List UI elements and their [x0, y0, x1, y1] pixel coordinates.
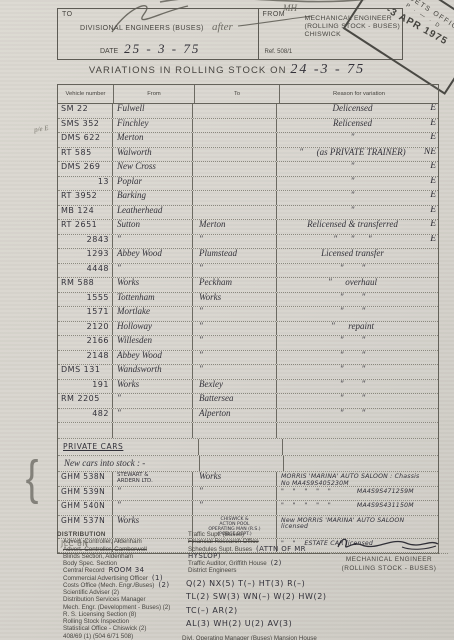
distribution-item-text: Mech. Engr. (Development - Buses) (2): [63, 604, 170, 611]
vehicle-cell: MB 124: [58, 206, 113, 220]
status-mark: E: [430, 191, 436, 201]
from-cell: ": [113, 487, 193, 501]
district-codes-line: Q(2) NX(5) T(–) HT(3) R(–): [186, 580, 332, 594]
reason-cell: "E: [277, 191, 438, 205]
table-row: RT 3952Barking"E: [58, 191, 438, 206]
handwritten-note: (2): [158, 581, 169, 589]
distribution-item: Distribution Services Manager: [63, 596, 179, 603]
reason-cell: MORRIS 'MARINA' AUTO SALOON : Chassis No…: [277, 472, 438, 486]
table-row: SMS 352FinchleyRelicensedE: [58, 119, 438, 134]
table-body: SM 22FulwellDelicensedESMS 352FinchleyRe…: [58, 104, 438, 553]
distribution-item: Traffic Auditor, Griffith House(2): [188, 560, 332, 567]
reason-cell: " ": [277, 394, 438, 408]
table-row: MB 124Leatherhead"E: [58, 206, 438, 221]
vehicle-cell: GHM 538N: [58, 472, 113, 486]
page-title: VARIATIONS IN ROLLING STOCK ON 24 -3 - 7…: [0, 62, 454, 78]
reason-cell: Licensed transfer: [277, 249, 438, 263]
status-mark: E: [430, 119, 436, 129]
reason-cell: " overhaul: [277, 278, 438, 292]
table-row: 2148Abbey Wood"" ": [58, 351, 438, 366]
date-line: DATE25 - 3 - 75: [100, 41, 200, 57]
distribution-item: Statistical Office - Chiswick (2): [63, 625, 179, 632]
to-cell: Merton: [193, 220, 277, 234]
from-cell: Fulwell: [113, 104, 193, 118]
distribution-item: District Engineers: [188, 567, 332, 574]
from-label: FROM: [263, 11, 286, 18]
distribution-item-text: 408/69 (1) (504 6/71 508): [63, 633, 133, 640]
distribution-item-text: Financial Research Office: [188, 538, 259, 545]
vehicle-cell: SMS 352: [58, 119, 113, 133]
from-cell: Finchley: [113, 119, 193, 133]
from-cell: Sutton: [113, 220, 193, 234]
reason-cell: [277, 423, 438, 438]
from-cell: ": [113, 501, 193, 515]
to-cell: [193, 162, 277, 176]
to-cell: ": [193, 322, 277, 336]
distribution-item: 408/69 (1) (504 6/71 508): [63, 633, 179, 640]
table-row: 191WorksBexley" ": [58, 380, 438, 395]
vehicle-cell: RT 3952: [58, 191, 113, 205]
to-cell: ": [193, 307, 277, 321]
distribution-item-text: District Engineers: [188, 567, 237, 574]
table-row: GHM 538NSTEWART & ARDERN LTD.WorksMORRIS…: [58, 472, 438, 487]
from-cell: Abbey Wood: [113, 351, 193, 365]
margin-brace: {: [26, 451, 39, 506]
reason-cell: "E: [277, 133, 438, 147]
reason-cell: " " " " " MA4S9S471259M: [277, 487, 438, 501]
vehicle-cell: RT 585: [58, 148, 113, 162]
table-row: 2166Willesden"" ": [58, 336, 438, 351]
from-cell: STEWART & ARDERN LTD.: [113, 472, 193, 486]
reason-cell: Relicensed & transferredE: [277, 220, 438, 234]
from-cell: Works: [113, 380, 193, 394]
distribution-item-text: Advert. Controller, Aldenham: [63, 538, 142, 545]
reason-cell: " ": [277, 409, 438, 423]
signature-block: MECHANICAL ENGINEER (ROLLING STOCK - BUS…: [330, 533, 448, 573]
header-to-cell: TO DIVISIONAL ENGINEERS (BUSES) DATE25 -…: [58, 9, 259, 59]
from-cell: New Cross: [113, 162, 193, 176]
vehicle-cell: RM 588: [58, 278, 113, 292]
reason-cell: " ": [277, 336, 438, 350]
table-row: 1555TottenhamWorks" ": [58, 293, 438, 308]
distribution-item: R. S. Licensing Section (8): [63, 611, 179, 618]
reason-cell: [283, 439, 438, 455]
reason-cell: DelicensedE: [277, 104, 438, 118]
ref-label: Ref. 508/1: [265, 49, 293, 55]
table-header-row: Vehicle number From To Reason for variat…: [58, 85, 438, 104]
vehicle-cell: SM 22: [58, 104, 113, 118]
to-label: TO: [62, 11, 73, 18]
blank-row: [58, 423, 438, 439]
column-header-from: From: [114, 85, 195, 103]
from-cell: ": [113, 235, 193, 249]
to-cell: ": [193, 501, 277, 515]
reason-cell: " " "E: [277, 235, 438, 249]
reason-cell: " ": [277, 365, 438, 379]
distribution-item: Schedules Supt. Buses(ATTN OF MR HYSLOP): [188, 546, 332, 561]
to-cell: ": [193, 365, 277, 379]
to-cell: [193, 133, 277, 147]
from-cell: Mortlake: [113, 307, 193, 321]
distribution-item-text: Rolling Stock Inspection: [63, 618, 129, 625]
to-cell: [193, 104, 277, 118]
distribution-item-text: Advert. Controller, Camberwell: [63, 546, 147, 553]
distribution-item: Costs Office (Mech. Engr./Buses)(2): [63, 582, 179, 589]
table-row: DMS 131Wandsworth"" ": [58, 365, 438, 380]
vehicle-cell: RM 2205: [58, 394, 113, 408]
district-codes-line: AL(3) WH(2) U(2) AV(3): [186, 620, 332, 634]
to-cell: [193, 423, 277, 438]
distribution-item: Advert. Controller, Aldenham: [63, 538, 179, 545]
vehicle-cell: 482: [58, 409, 113, 423]
status-mark: E: [430, 206, 436, 216]
table-row: RT 585Walworth" (as PRIVATE TRAINER)NE: [58, 148, 438, 163]
table-row: DMS 622Merton"E: [58, 133, 438, 148]
table-row: GHM 540N""" " " " " MA4S9S431150M: [58, 501, 438, 516]
from-cell: Willesden: [113, 336, 193, 350]
distribution-title: DISTRIBUTION: [57, 531, 179, 538]
from-cell: Abbey Wood: [113, 249, 193, 263]
table-row: RM 588WorksPeckham" overhaul: [58, 278, 438, 293]
table-row: SM 22FulwellDelicensedE: [58, 104, 438, 119]
to-cell: ": [193, 264, 277, 278]
vehicle-cell: GHM 540N: [58, 501, 113, 515]
vehicle-cell: 2843: [58, 235, 113, 249]
from-cell: Wandsworth: [113, 365, 193, 379]
handwritten-note: (2): [271, 559, 282, 567]
status-mark: E: [430, 235, 436, 245]
table-row: 1293Abbey WoodPlumsteadLicensed transfer: [58, 249, 438, 264]
distribution-item-text: Statistical Office - Chiswick (2): [63, 625, 146, 632]
distribution-item-text: Distribution Services Manager: [63, 596, 146, 603]
handwritten-note: ROOM 34: [109, 566, 145, 574]
to-cell: [193, 191, 277, 205]
reason-cell: " ": [277, 264, 438, 278]
distribution-item: Blinds Section, Aldenham: [63, 553, 179, 560]
table-row: 2843""" " "E: [58, 235, 438, 250]
from-cell: ": [113, 394, 193, 408]
to-cell: [193, 119, 277, 133]
reason-cell: " ": [277, 351, 438, 365]
to-cell: [193, 206, 277, 220]
distribution-item: Traffic Supt. (Buses): [188, 531, 332, 538]
vehicle-cell: DMS 622: [58, 133, 113, 147]
column-header-to: To: [195, 85, 280, 103]
to-cell: Battersea: [193, 394, 277, 408]
distribution-item-text: Scientific Adviser (2): [63, 589, 119, 596]
vehicle-cell: 1571: [58, 307, 113, 321]
column-header-reason: Reason for variation: [280, 85, 438, 103]
to-cell: ": [193, 487, 277, 501]
rolling-stock-table: Vehicle number From To Reason for variat…: [57, 84, 439, 554]
distribution-item-text: Traffic Auditor, Griffith House: [188, 560, 267, 567]
distribution-list: DISTRIBUTION Advert. Controller, Aldenha…: [57, 531, 179, 640]
table-row: GHM 539N""" " " " " MA4S9S471259M: [58, 487, 438, 502]
from-cell: ": [113, 409, 193, 423]
divl-operating-manager-line: Divl. Operating Manager (Buses) Mansion …: [182, 635, 332, 640]
to-cell: Peckham: [193, 278, 277, 292]
reason-cell: " ": [277, 380, 438, 394]
distribution-item: Scientific Adviser (2): [63, 589, 179, 596]
table-row: 13Poplar"E: [58, 177, 438, 192]
signature-subtitle: (ROLLING STOCK - BUSES): [330, 565, 448, 572]
status-mark: NE: [424, 148, 436, 158]
district-codes-line: TL(2) SW(3) WN(–) W(2) HW(2): [186, 593, 332, 607]
new-cars-note: New cars into stock : -: [58, 456, 200, 471]
reason-cell: " " " " " MA4S9S431150M: [277, 501, 438, 515]
to-cell: [193, 148, 277, 162]
vehicle-cell: 4448: [58, 264, 113, 278]
table-row: RT 2651SuttonMertonRelicensed & transfer…: [58, 220, 438, 235]
distribution-item-text: Commercial Advertising Officer: [63, 575, 148, 582]
table-row: 482"Alperton" ": [58, 409, 438, 424]
to-cell: Works: [193, 293, 277, 307]
private-cars-heading-row: PRIVATE CARS: [58, 439, 438, 456]
distribution-list-middle: Traffic Supt. (Buses)Financial Research …: [182, 531, 332, 640]
vehicle-cell: DMS 269: [58, 162, 113, 176]
to-cell: Alperton: [193, 409, 277, 423]
from-cell: Holloway: [113, 322, 193, 336]
reason-cell: "E: [277, 177, 438, 191]
vehicle-cell: 2148: [58, 351, 113, 365]
reason-cell: " ": [277, 307, 438, 321]
to-cell: Plumstead: [193, 249, 277, 263]
from-cell: [113, 423, 193, 438]
vehicle-cell: DMS 131: [58, 365, 113, 379]
to-cell: ": [193, 336, 277, 350]
signature-icon: [332, 533, 444, 553]
to-cell: Works: [193, 472, 277, 486]
distribution-item-text: Blinds Section, Aldenham: [63, 553, 133, 560]
from-cell: Merton: [113, 133, 193, 147]
distribution-item-text: Costs Office (Mech. Engr./Buses): [63, 582, 154, 589]
signature: [330, 533, 448, 554]
distribution-item: Advert. Controller, Camberwell: [63, 546, 179, 553]
distribution-item-text: Traffic Supt. (Buses): [188, 531, 244, 538]
to-value: DIVISIONAL ENGINEERS (BUSES): [80, 25, 204, 32]
vehicle-cell: 13: [58, 177, 113, 191]
from-cell: Walworth: [113, 148, 193, 162]
table-row: DMS 269New Cross"E: [58, 162, 438, 177]
from-cell: ": [113, 264, 193, 278]
signature-title: MECHANICAL ENGINEER: [330, 556, 448, 563]
new-cars-note-row: New cars into stock : -: [58, 456, 438, 472]
vehicle-cell: 2120: [58, 322, 113, 336]
reason-cell: RelicensedE: [277, 119, 438, 133]
to-cell: [200, 456, 284, 471]
table-row: 2120Holloway"" repaint: [58, 322, 438, 337]
margin-pencil-note: p/e E: [34, 124, 50, 134]
vehicle-cell: 2166: [58, 336, 113, 350]
reason-cell: [284, 456, 438, 471]
from-cell: Works: [113, 278, 193, 292]
vehicle-cell: 1293: [58, 249, 113, 263]
status-mark: E: [430, 220, 436, 230]
status-mark: E: [430, 177, 436, 187]
vehicle-cell: [58, 423, 113, 438]
table-row: RM 2205"Battersea" ": [58, 394, 438, 409]
table-row: 1571Mortlake"" ": [58, 307, 438, 322]
to-cell: [193, 177, 277, 191]
table-row: 4448""" ": [58, 264, 438, 279]
vehicle-cell: RT 2651: [58, 220, 113, 234]
district-codes: Q(2) NX(5) T(–) HT(3) R(–)TL(2) SW(3) WN…: [182, 580, 332, 634]
reason-cell: "E: [277, 162, 438, 176]
from-cell: Leatherhead: [113, 206, 193, 220]
vehicle-cell: 191: [58, 380, 113, 394]
status-mark: E: [430, 162, 436, 172]
distribution-item: Mech. Engr. (Development - Buses) (2): [63, 604, 179, 611]
status-mark: E: [430, 104, 436, 114]
reason-cell: " repaint: [277, 322, 438, 336]
distribution-item-text: Central Record: [63, 567, 105, 574]
reason-cell: "E: [277, 206, 438, 220]
private-cars-heading: PRIVATE CARS: [58, 439, 199, 455]
from-cell: Tottenham: [113, 293, 193, 307]
vehicle-cell: 1555: [58, 293, 113, 307]
column-header-vehicle: Vehicle number: [58, 85, 114, 103]
to-cell: ": [193, 235, 277, 249]
to-cell: Bexley: [193, 380, 277, 394]
from-cell: Barking: [113, 191, 193, 205]
date-value: 25 - 3 - 75: [124, 41, 200, 56]
status-mark: E: [430, 133, 436, 143]
reason-cell: " (as PRIVATE TRAINER)NE: [277, 148, 438, 162]
district-codes-line: TC(–) AR(2): [186, 607, 332, 621]
to-cell: [199, 439, 283, 455]
distribution-item: Rolling Stock Inspection: [63, 618, 179, 625]
title-date: 24 -3 - 75: [290, 62, 365, 77]
vehicle-cell: GHM 539N: [58, 487, 113, 501]
to-cell: ": [193, 351, 277, 365]
document-scan: after MH TO DIVISIONAL ENGINEERS (BUSES)…: [0, 0, 454, 640]
from-cell: Poplar: [113, 177, 193, 191]
title-printed: VARIATIONS IN ROLLING STOCK ON: [89, 65, 287, 76]
reason-cell: " ": [277, 293, 438, 307]
distribution-item-text: R. S. Licensing Section (8): [63, 611, 136, 618]
date-label: DATE: [100, 48, 118, 55]
